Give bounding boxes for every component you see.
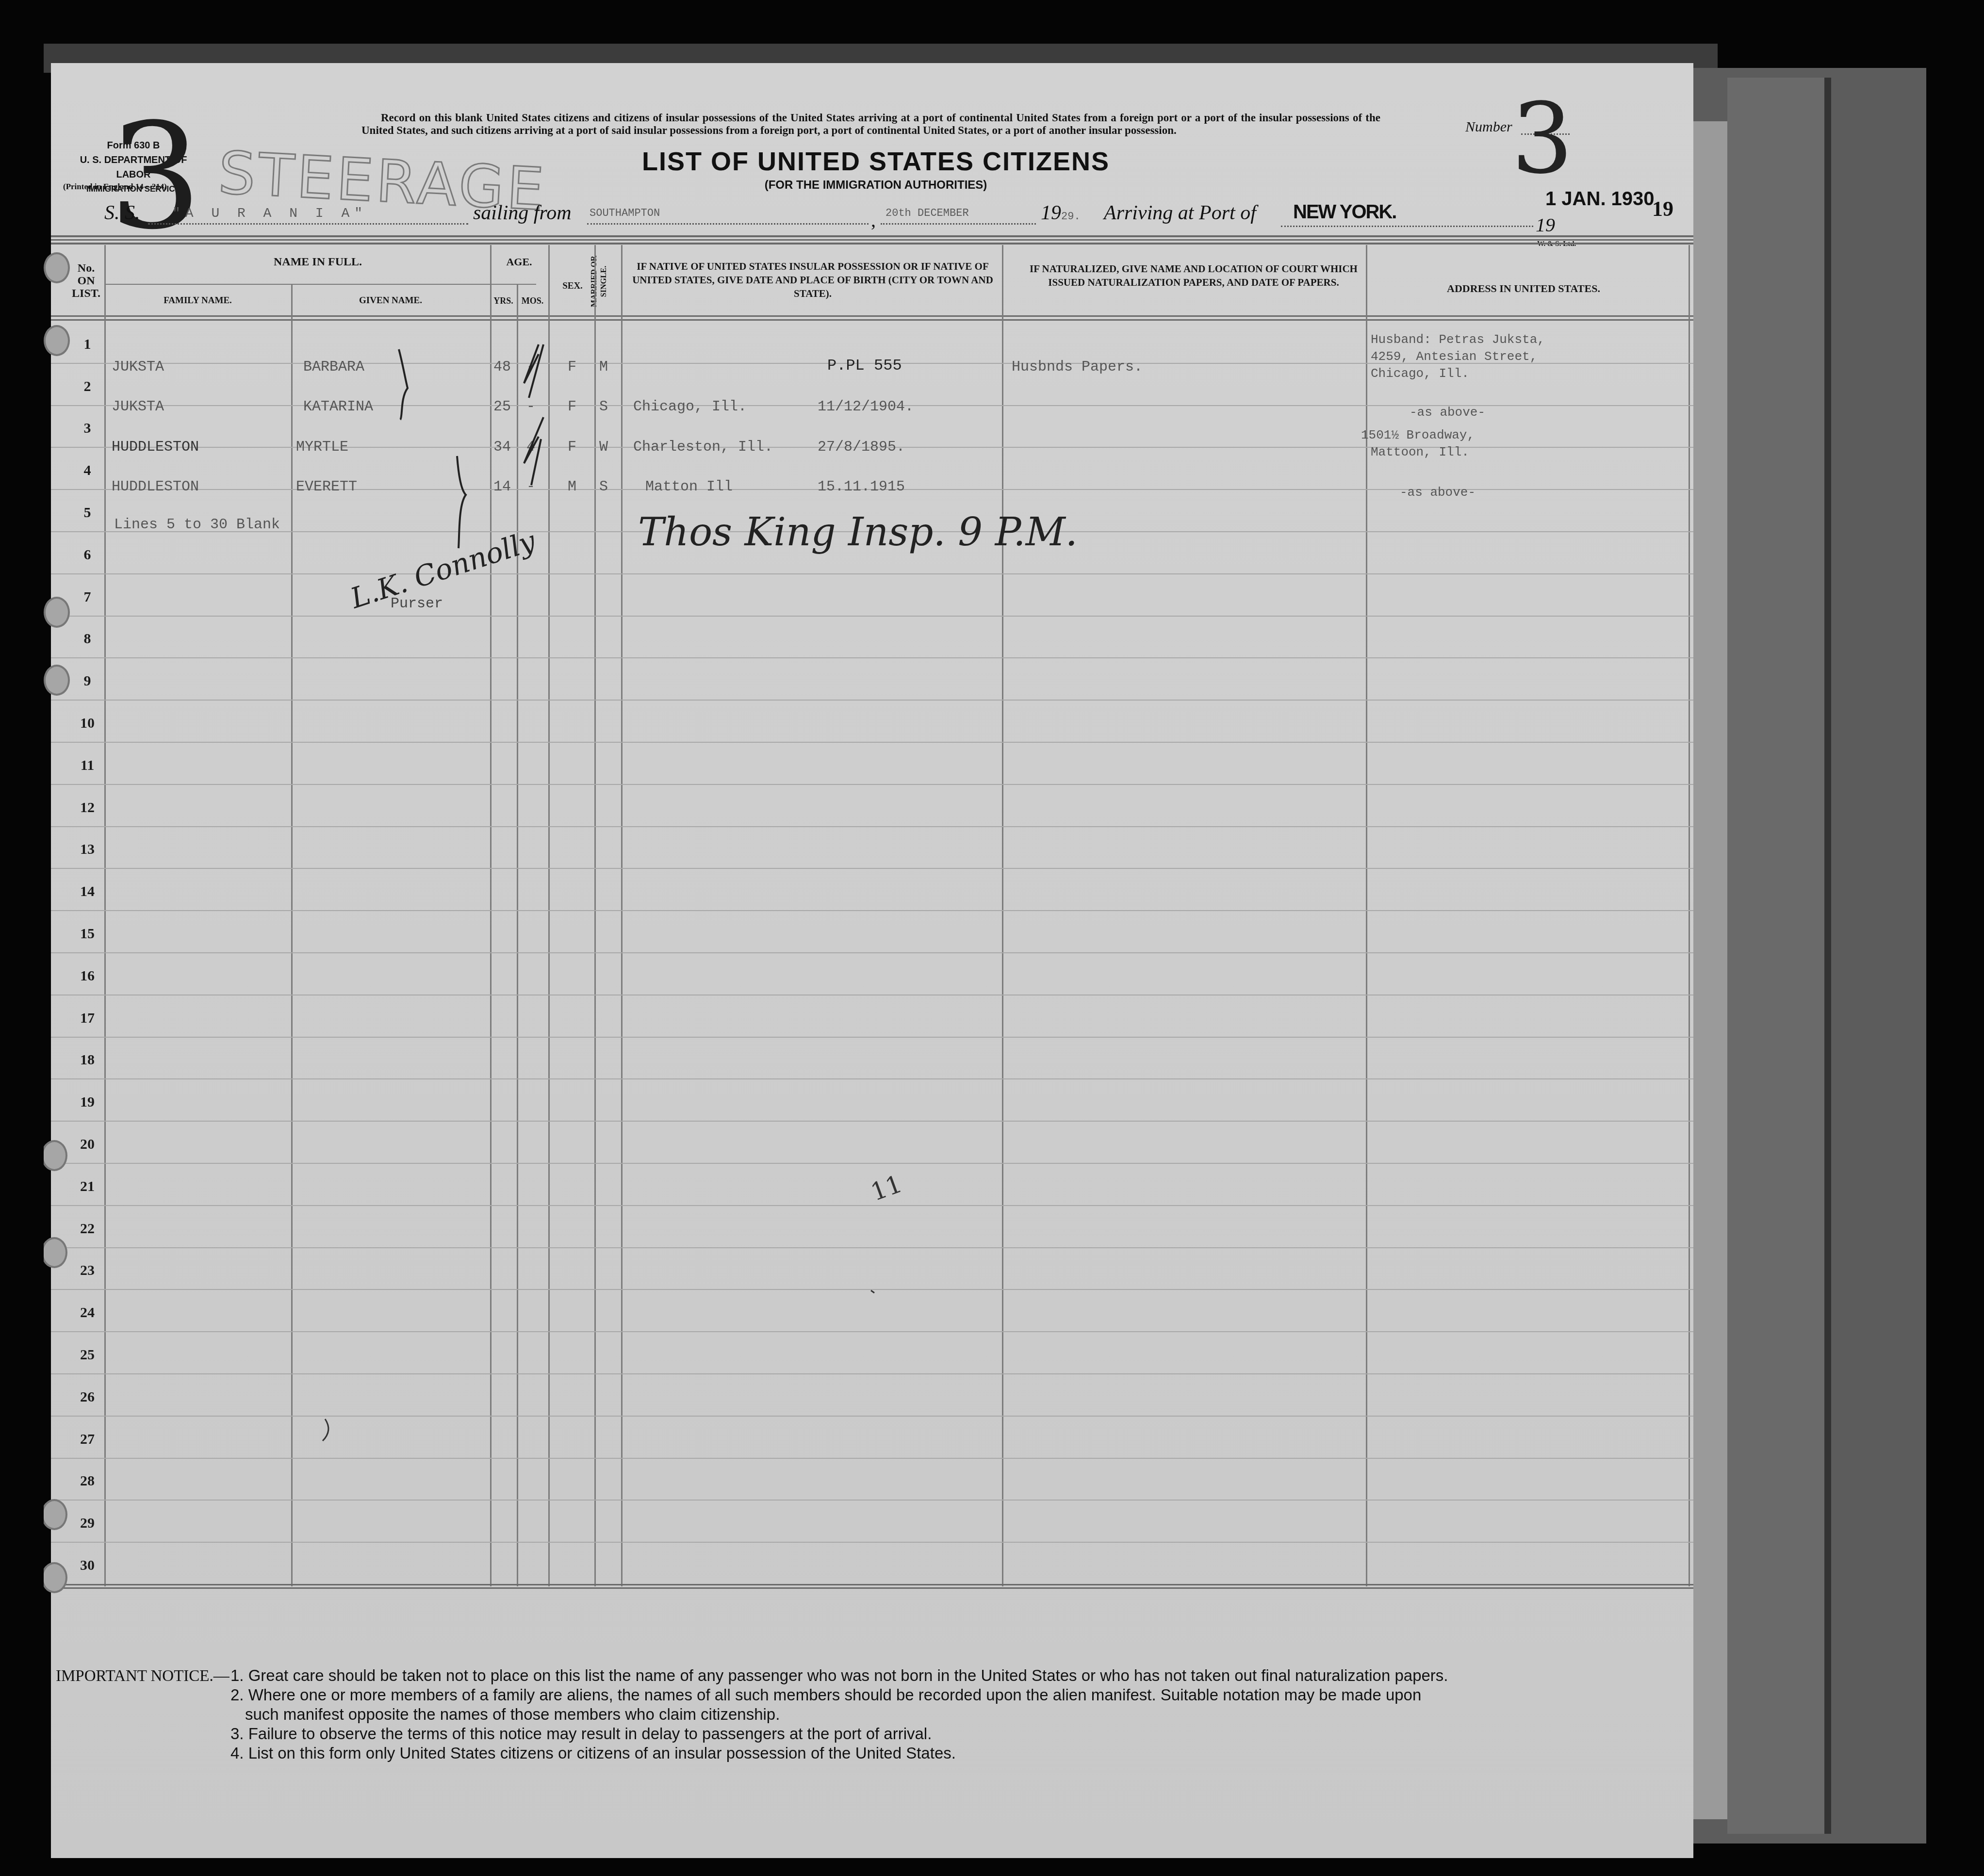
purser-title: Purser xyxy=(391,596,443,612)
binding-hole xyxy=(44,252,70,283)
binding-hole xyxy=(41,1562,67,1593)
binding-hole xyxy=(44,325,70,356)
notice-item-3: 3. Failure to observe the terms of this … xyxy=(230,1725,932,1743)
binding-hole xyxy=(44,597,70,628)
handwritten-marks xyxy=(51,63,1693,1858)
notice-item-4: 4. List on this form only United States … xyxy=(230,1744,956,1762)
binding-hole xyxy=(41,1499,67,1530)
binding-hole xyxy=(44,665,70,696)
notice-item-2: 2. Where one or more members of a family… xyxy=(230,1686,1421,1704)
scan-left-edge xyxy=(0,0,44,1876)
binding-hole xyxy=(41,1237,67,1268)
underlying-page-back xyxy=(1727,78,1831,1834)
manifest-sheet: Form 630 B U. S. DEPARTMENT OF LABOR IMM… xyxy=(51,63,1693,1858)
inspector-signature: Thos King Insp. 9 P.M. xyxy=(638,509,1078,555)
notice-item-2-cont: such manifest opposite the names of thos… xyxy=(245,1705,780,1724)
notice-item-1: 1. Great care should be taken not to pla… xyxy=(230,1666,1448,1685)
notice-label: IMPORTANT NOTICE.— xyxy=(56,1667,230,1685)
binding-hole xyxy=(41,1140,67,1171)
